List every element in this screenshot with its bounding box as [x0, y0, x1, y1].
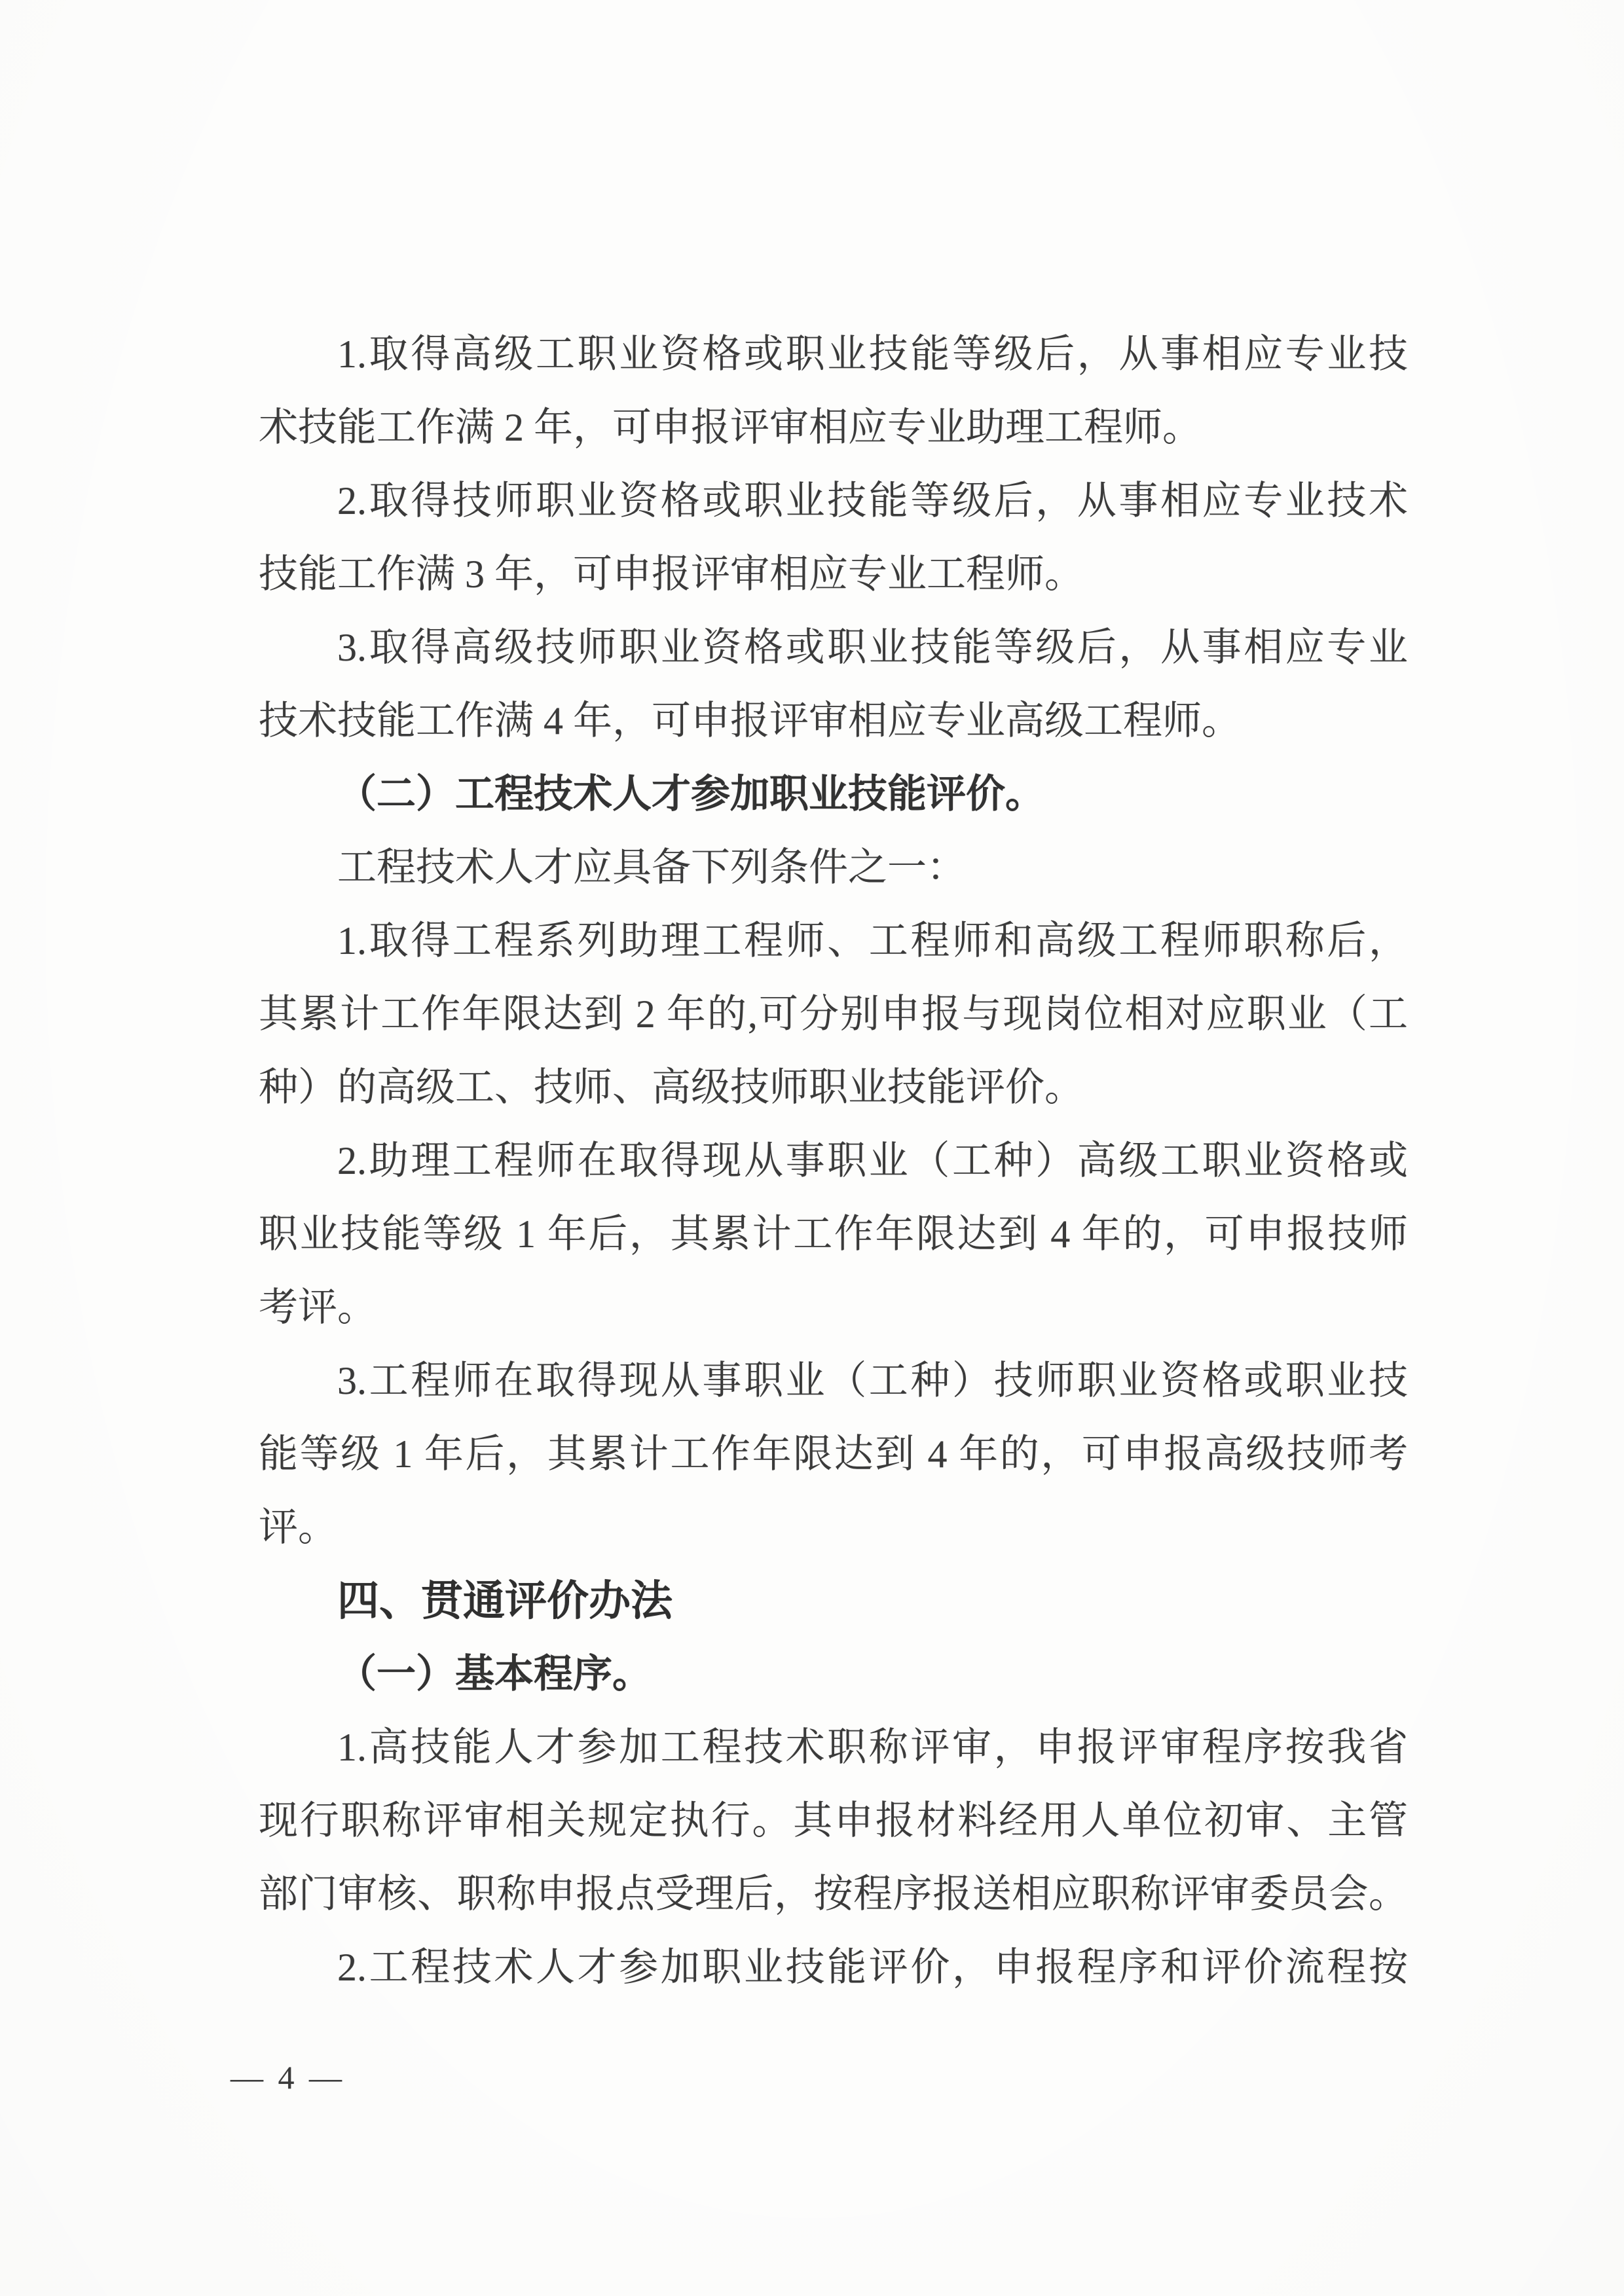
text-line: 部门审核、职称申报点受理后，按程序报送相应职称评审委员会。	[259, 1857, 1408, 1931]
text-line: 评。	[259, 1491, 1408, 1564]
text-line: 能等级 1 年后，其累计工作年限达到 4 年的，可申报高级技师考	[259, 1417, 1408, 1491]
text-line: 2.取得技师职业资格或职业技能等级后，从事相应专业技术	[259, 464, 1408, 538]
text-line: 职业技能等级 1 年后，其累计工作年限达到 4 年的，可申报技师	[259, 1197, 1408, 1271]
text-line: （一）基本程序。	[259, 1637, 1408, 1711]
text-line: （二）工程技术人才参加职业技能评价。	[259, 757, 1408, 831]
text-line: 1.取得工程系列助理工程师、工程师和高级工程师职称后，	[259, 904, 1408, 977]
text-line: 3.工程师在取得现从事职业（工种）技师职业资格或职业技	[259, 1344, 1408, 1417]
text-line: 工程技术人才应具备下列条件之一：	[259, 831, 1408, 904]
page-number: — 4 —	[231, 2054, 345, 2100]
text-line: 1.取得高级工职业资格或职业技能等级后，从事相应专业技	[259, 318, 1408, 391]
text-line: 2.助理工程师在取得现从事职业（工种）高级工职业资格或	[259, 1124, 1408, 1197]
text-line: 现行职称评审相关规定执行。其申报材料经用人单位初审、主管	[259, 1784, 1408, 1857]
text-line: 其累计工作年限达到 2 年的,可分别申报与现岗位相对应职业（工	[259, 977, 1408, 1051]
text-line: 技术技能工作满 4 年，可申报评审相应专业高级工程师。	[259, 684, 1408, 757]
text-line: 术技能工作满 2 年，可申报评审相应专业助理工程师。	[259, 391, 1408, 464]
text-line: 四、贯通评价办法	[259, 1564, 1408, 1637]
text-line: 2.工程技术人才参加职业技能评价，申报程序和评价流程按	[259, 1931, 1408, 2004]
text-line: 技能工作满 3 年，可申报评审相应专业工程师。	[259, 538, 1408, 611]
text-line: 1.高技能人才参加工程技术职称评审，申报评审程序按我省	[259, 1711, 1408, 1784]
text-line: 考评。	[259, 1271, 1408, 1344]
document-page: 1.取得高级工职业资格或职业技能等级后，从事相应专业技术技能工作满 2 年，可申…	[0, 0, 1624, 2296]
text-line: 种）的高级工、技师、高级技师职业技能评价。	[259, 1051, 1408, 1124]
text-line: 3.取得高级技师职业资格或职业技能等级后，从事相应专业	[259, 611, 1408, 684]
text-block: 1.取得高级工职业资格或职业技能等级后，从事相应专业技术技能工作满 2 年，可申…	[259, 318, 1408, 2004]
